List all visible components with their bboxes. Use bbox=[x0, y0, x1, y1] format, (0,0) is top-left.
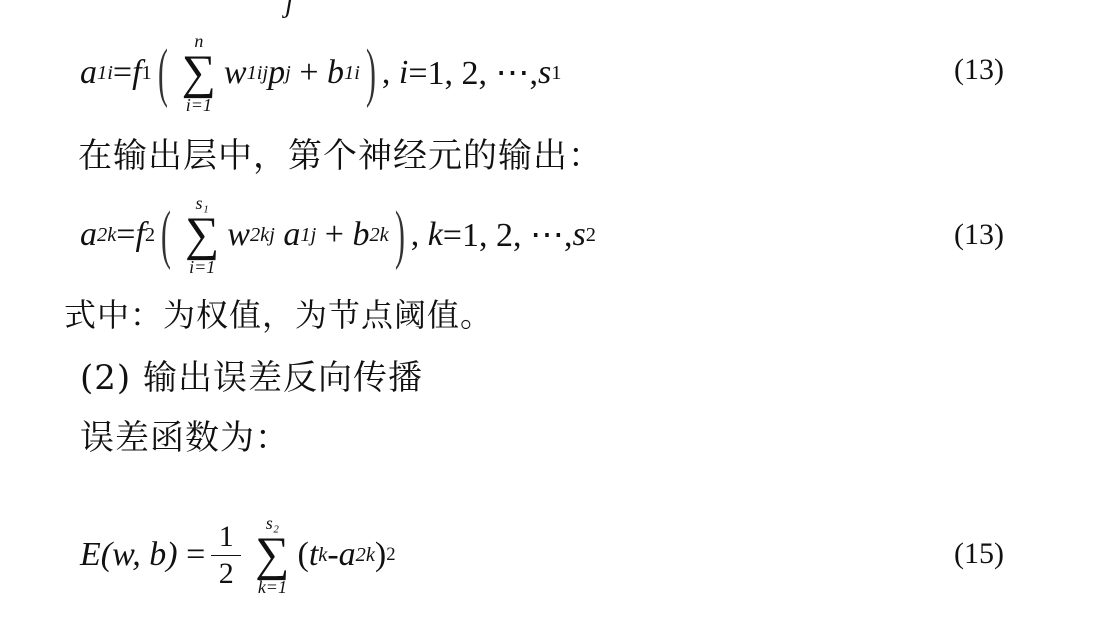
summation: s₁ ∑ i=1 bbox=[185, 194, 219, 276]
section-heading: (2) 输出误差反向传播 bbox=[80, 350, 423, 399]
eq-target: t bbox=[309, 536, 318, 574]
summation: s₂ ∑ k=1 bbox=[255, 514, 289, 596]
sum-lower: i=1 bbox=[186, 96, 212, 114]
eq-range-values: =1, 2, ⋯, bbox=[408, 53, 538, 93]
eq-equals: = bbox=[186, 536, 205, 574]
summation: n ∑ i=1 bbox=[182, 32, 216, 114]
sigma-icon: ∑ bbox=[185, 212, 219, 258]
sigma-icon: ∑ bbox=[182, 50, 216, 96]
eq-func: f bbox=[132, 54, 141, 92]
fraction-bar bbox=[211, 555, 241, 556]
left-paren: ( bbox=[161, 202, 171, 268]
eq-input: p bbox=[268, 54, 285, 92]
eq-args: (w, b) bbox=[101, 536, 178, 574]
eq-lhs-sub: 1i bbox=[97, 62, 113, 85]
eq-weight: w bbox=[224, 54, 247, 92]
paragraph-error-function: 误差函数为： bbox=[80, 410, 290, 459]
eq-bias-sub: 1i bbox=[344, 62, 360, 85]
eq-lhs: E bbox=[80, 536, 101, 574]
eq-range-end-sub: 2 bbox=[586, 224, 596, 247]
eq-range-var: k bbox=[428, 216, 443, 254]
eq-output-sub: 2k bbox=[356, 544, 375, 567]
eq-target-sub: k bbox=[318, 544, 327, 567]
right-paren: ) bbox=[395, 202, 405, 268]
eq-bias: b bbox=[327, 54, 344, 92]
paragraph-where: 式中：为权值，为节点阈值。 bbox=[64, 290, 493, 336]
left-paren: ( bbox=[158, 40, 168, 106]
frac-numerator: 1 bbox=[219, 521, 234, 553]
eq-exponent: 2 bbox=[386, 544, 395, 566]
sum-lower: i=1 bbox=[189, 258, 215, 276]
eq-range-var: i bbox=[399, 54, 408, 92]
eq-func-sub: 1 bbox=[142, 62, 152, 85]
eq-range-end: s bbox=[572, 216, 585, 254]
eq-range-end-sub: 1 bbox=[551, 62, 561, 85]
eq-range-end: s bbox=[538, 54, 551, 92]
right-paren: ) bbox=[366, 40, 376, 106]
paragraph-output-layer: 在输出层中，第个神经元的输出： bbox=[78, 128, 603, 177]
equation-number: (13) bbox=[954, 53, 1004, 87]
eq-lhs: a bbox=[80, 54, 97, 92]
eq-lhs-sub: 2k bbox=[97, 224, 116, 247]
equation-hidden-layer: a1i = f1 ( n ∑ i=1 w1ij pj + b1i ) , i =… bbox=[80, 28, 561, 118]
eq-weight: w bbox=[227, 216, 250, 254]
fraction: 1 2 bbox=[211, 521, 241, 589]
equation-number: (13) bbox=[954, 218, 1004, 252]
eq-bias: b bbox=[352, 216, 369, 254]
eq-weight-sub: 2kj bbox=[250, 224, 275, 247]
eq-lhs: a bbox=[80, 216, 97, 254]
eq-output: a bbox=[339, 536, 356, 574]
cropped-text-fragment: j bbox=[285, 0, 293, 20]
equation-output-layer: a2k = f2 ( s₁ ∑ i=1 w2kj a1j + b2k ) , k… bbox=[80, 190, 596, 280]
sigma-icon: ∑ bbox=[255, 532, 289, 578]
eq-activation-sub: 1j bbox=[300, 224, 316, 247]
equation-number: (15) bbox=[954, 537, 1004, 571]
eq-func: f bbox=[135, 216, 144, 254]
eq-activation: a bbox=[283, 216, 300, 254]
sum-lower: k=1 bbox=[258, 578, 287, 596]
eq-range-values: =1, 2, ⋯, bbox=[443, 215, 573, 255]
eq-bias-sub: 2k bbox=[369, 224, 388, 247]
eq-weight-sub: 1ij bbox=[247, 62, 269, 85]
frac-denominator: 2 bbox=[219, 558, 234, 590]
eq-func-sub: 2 bbox=[145, 224, 155, 247]
eq-minus: - bbox=[327, 536, 338, 574]
equation-error: E (w, b) = 1 2 s₂ ∑ k=1 ( tk - a2k ) 2 bbox=[80, 510, 396, 600]
